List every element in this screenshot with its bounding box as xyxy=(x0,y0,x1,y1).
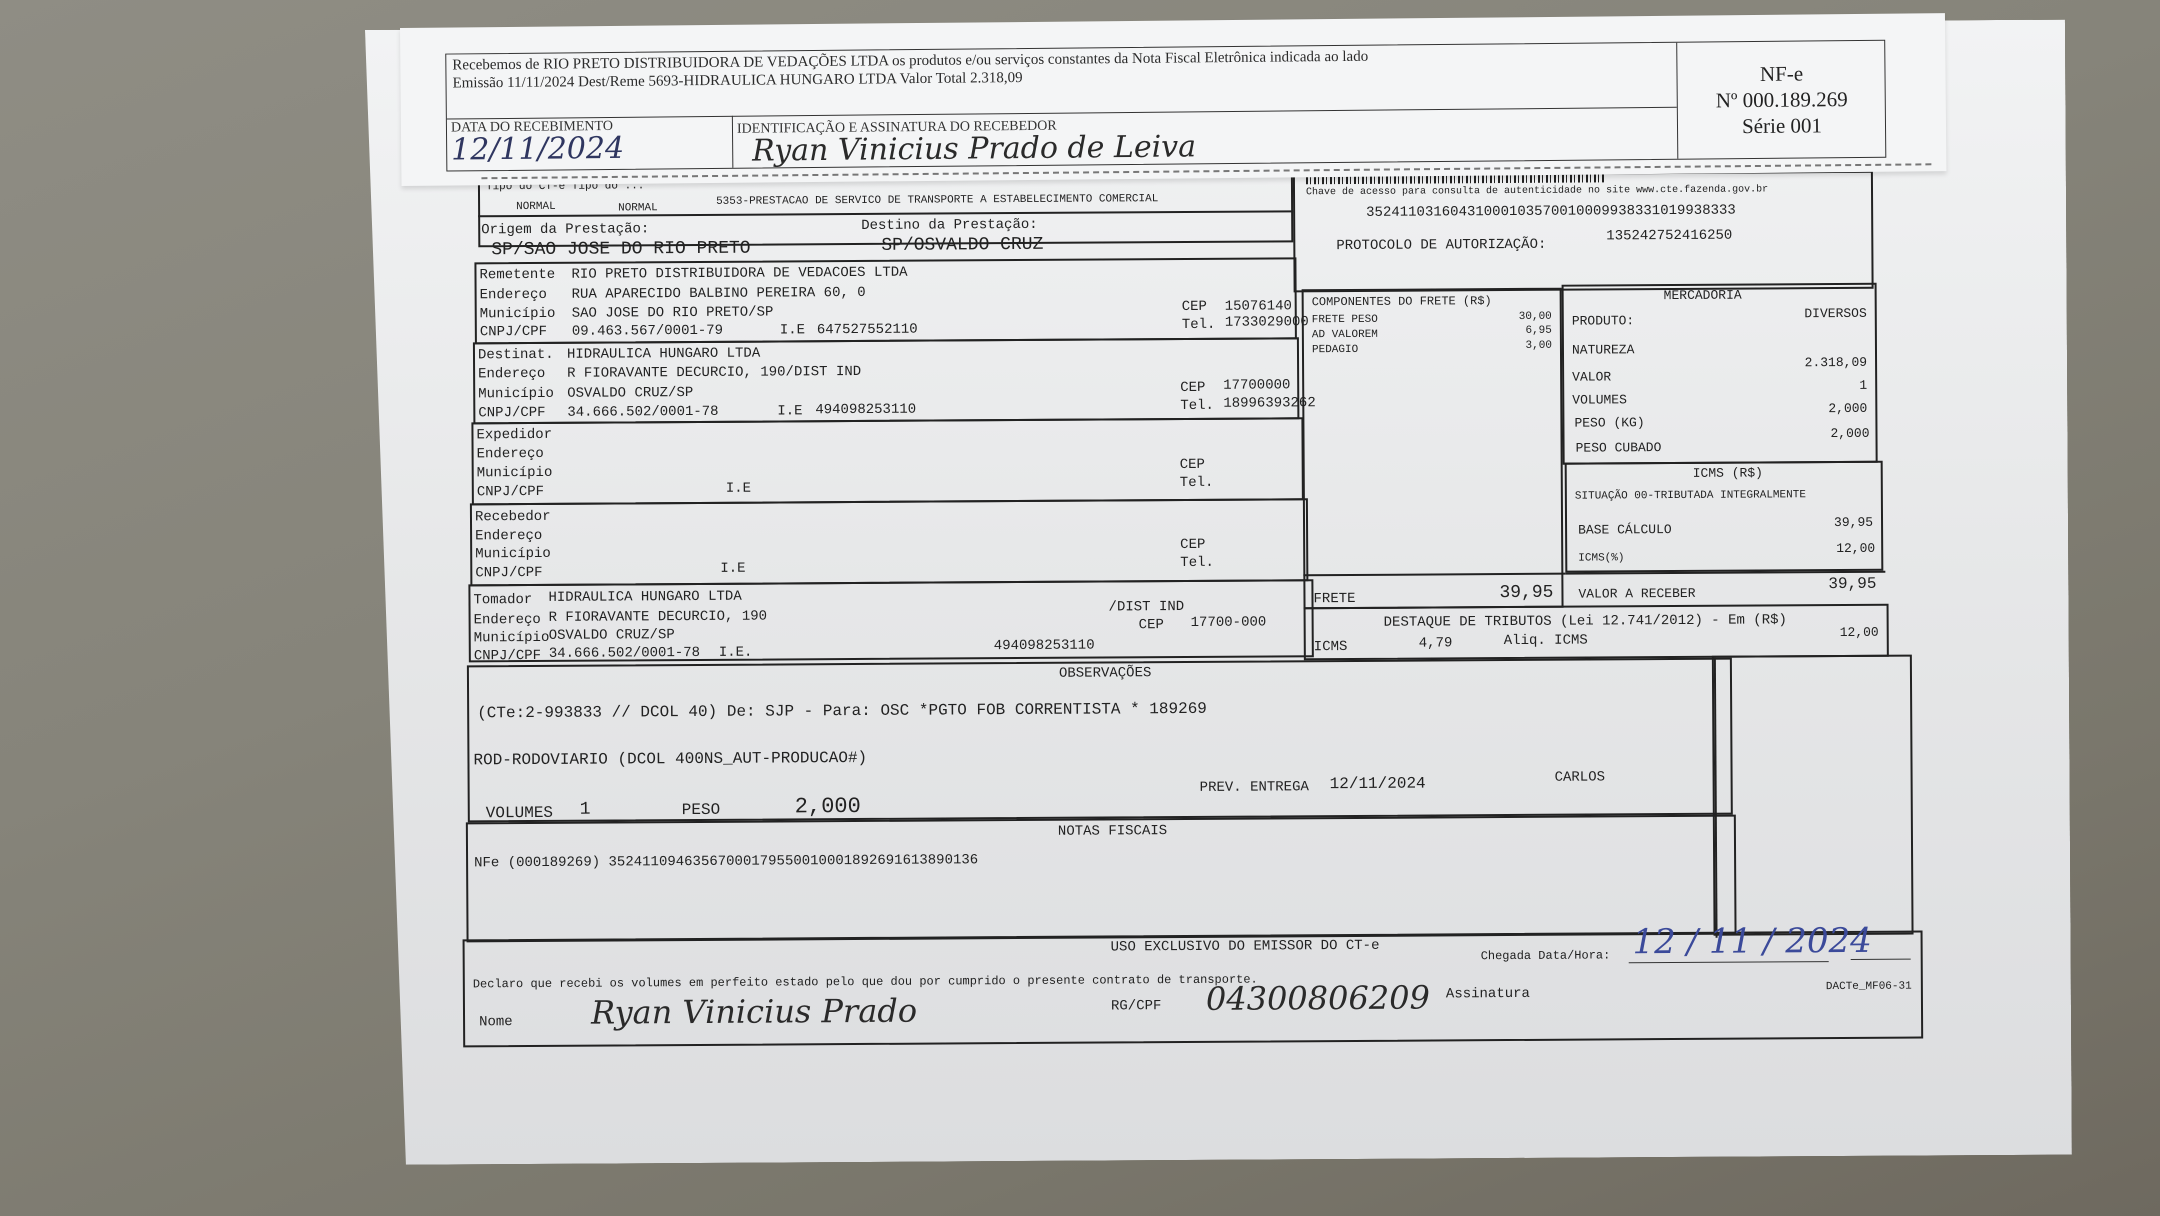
recebedor-ie-label: I.E xyxy=(720,561,745,577)
tomador-cnpj: 34.666.502/0001-78 xyxy=(549,645,700,662)
dacte-form: Tipo do CT-e Tipo do ... NORMAL NORMAL 5… xyxy=(365,20,2072,1165)
componente-value: 30,00 xyxy=(1477,311,1552,323)
chegada-label: Chegada Data/Hora: xyxy=(1481,948,1611,963)
nfe-title: NF-e xyxy=(1760,61,1803,87)
rg-cpf-value: 04300806209 xyxy=(1206,979,1430,1018)
prev-entrega-label: PREV. ENTREGA xyxy=(1200,779,1309,796)
valor-label: VALOR xyxy=(1572,369,1611,384)
remetente-label: Remetente xyxy=(479,267,555,283)
remetente-ie-label: I.E xyxy=(780,322,805,338)
destinatario-cnpj: 34.666.502/0001-78 xyxy=(567,404,718,421)
destinatario-ie: 494098253110 xyxy=(815,402,916,419)
empty-box xyxy=(1712,655,1914,936)
recebedor-cep-label: CEP xyxy=(1180,537,1205,553)
produto-value: DIVERSOS xyxy=(1747,306,1867,322)
componente-value: 6,95 xyxy=(1477,325,1552,337)
volumes-label: VOLUMES xyxy=(486,804,553,822)
peso-value: 2,000 xyxy=(795,794,861,819)
uso-exclusivo-title: USO EXCLUSIVO DO EMISSOR DO CT-e xyxy=(1111,938,1380,956)
origem-value: SP/SAO JOSE DO RIO PRETO xyxy=(491,239,750,261)
prev-entrega-value: 12/11/2024 xyxy=(1330,775,1426,794)
tributos-icms-label: ICMS xyxy=(1314,639,1348,655)
protocolo-value: 135242752416250 xyxy=(1606,228,1732,245)
expedidor-endereco-label: Endereço xyxy=(477,446,544,462)
icms-situacao: SITUAÇÃO 00-TRIBUTADA INTEGRALMENTE xyxy=(1575,489,1806,502)
observacoes-box xyxy=(467,658,1733,823)
mercadoria-title: MERCADORIA xyxy=(1664,288,1742,303)
frete-value: 39,95 xyxy=(1458,583,1553,604)
destino-value: SP/OSVALDO CRUZ xyxy=(881,235,1043,256)
data-recebimento-value: 12/11/2024 xyxy=(451,131,624,168)
destinatario-label: Destinat. xyxy=(478,347,554,363)
componente-label: AD VALOREM xyxy=(1312,329,1378,341)
base-calculo-label: BASE CÁLCULO xyxy=(1578,522,1672,538)
chave-value: 3524110316043100010357001000993833101993… xyxy=(1366,203,1736,221)
volumes-value: 1 xyxy=(1747,378,1867,394)
remetente-cnpj-label: CNPJ/CPF xyxy=(480,324,547,340)
destinatario-municipio-label: Município xyxy=(478,386,554,402)
remetente-municipio: SAO JOSE DO RIO PRETO/SP xyxy=(572,305,774,322)
tributos-aliq-value: 12,00 xyxy=(1789,625,1879,641)
protocolo-label: PROTOCOLO DE AUTORIZAÇÃO: xyxy=(1336,237,1546,254)
valor-value: 2.318,09 xyxy=(1747,355,1867,371)
destinatario-nome: HIDRAULICA HUNGARO LTDA xyxy=(567,346,760,363)
volumes-label: VOLUMES xyxy=(1572,392,1627,407)
tomador-nome: HIDRAULICA HUNGARO LTDA xyxy=(548,589,741,606)
observacoes-title: OBSERVAÇÕES xyxy=(1059,665,1152,682)
destinatario-cep-label: CEP xyxy=(1180,380,1205,396)
remetente-ie: 647527552110 xyxy=(817,322,918,339)
nfe-box: NF-e Nº 000.189.269 Série 001 xyxy=(1678,41,1885,159)
tomador-ie: 494098253110 xyxy=(994,638,1095,655)
conferente: CARLOS xyxy=(1555,769,1606,785)
nota-fiscal-item: NFe (000189269) 352411094635670001795500… xyxy=(474,852,978,871)
tomador-cep-label: CEP xyxy=(1139,617,1164,633)
componente-value: 3,00 xyxy=(1477,340,1552,352)
nfe-serie: Série 001 xyxy=(1742,112,1822,139)
remetente-municipio-label: Município xyxy=(480,306,556,322)
valor-receber-value: 39,95 xyxy=(1768,575,1876,594)
peso-cubado-value: 2,000 xyxy=(1747,426,1869,442)
expedidor-tel-label: Tel. xyxy=(1180,475,1214,491)
icms-aliquota-value: 12,00 xyxy=(1768,541,1875,557)
outer-left-border xyxy=(351,670,356,1095)
expedidor-municipio-label: Município xyxy=(477,465,553,481)
expedidor-ie-label: I.E xyxy=(726,481,751,497)
remetente-cep: 15076140 xyxy=(1225,298,1292,314)
receipt-stub: Recebemos de RIO PRETO DISTRIBUIDORA DE … xyxy=(400,13,1946,186)
nome-value: Ryan Vinicius Prado xyxy=(591,992,917,1032)
remetente-endereco-label: Endereço xyxy=(480,287,547,303)
divider xyxy=(447,107,1677,120)
tomador-municipio: OSVALDO CRUZ/SP xyxy=(549,627,675,644)
remetente-cnpj: 09.463.567/0001-79 xyxy=(572,323,723,340)
frete-label: FRETE xyxy=(1313,591,1355,607)
notas-fiscais-title: NOTAS FISCAIS xyxy=(1058,823,1167,840)
destinatario-endereco: R FIORAVANTE DECURCIO, 190/DIST IND xyxy=(567,364,861,382)
chegada-value: 12 / 11 / 2024 xyxy=(1632,921,1871,962)
base-calculo-value: 39,95 xyxy=(1768,515,1873,531)
tomador-ie-label: I.E. xyxy=(719,645,753,661)
remetente-cep-label: CEP xyxy=(1182,299,1207,315)
peso-label: PESO xyxy=(682,801,721,819)
assinatura-label: Assinatura xyxy=(1446,986,1530,1003)
rg-cpf-label: RG/CPF xyxy=(1111,998,1162,1014)
form-code: DACTe_MF06-31 xyxy=(1826,981,1912,994)
tomador-cnpj-label: CNPJ/CPF xyxy=(474,648,541,664)
tomador-cep: 17700-000 xyxy=(1191,615,1267,631)
tomador-municipio-label: Município xyxy=(474,630,550,646)
tomador-endereco-label: Endereço xyxy=(474,612,541,628)
expedidor-label: Expedidor xyxy=(476,427,552,443)
nome-label: Nome xyxy=(479,1014,513,1030)
tomador-endereco: R FIORAVANTE DECURCIO, 190 xyxy=(549,609,768,626)
icms-aliquota-label: ICMS(%) xyxy=(1578,552,1624,564)
expedidor-cep-label: CEP xyxy=(1180,457,1205,473)
peso-label: PESO (KG) xyxy=(1574,415,1644,430)
destinatario-cep: 17700000 xyxy=(1223,377,1290,393)
tomador-label: Tomador xyxy=(473,592,532,608)
remetente-tel-label: Tel. xyxy=(1182,317,1216,333)
tipo-servico: NORMAL xyxy=(618,202,658,214)
destinatario-cnpj-label: CNPJ/CPF xyxy=(478,405,545,421)
dacte-document: Tipo do CT-e Tipo do ... NORMAL NORMAL 5… xyxy=(365,20,2072,1165)
recebedor-label: Recebedor xyxy=(475,509,551,525)
tributos-icms-value: 4,79 xyxy=(1419,635,1453,651)
tributos-title: DESTAQUE DE TRIBUTOS (Lei 12.741/2012) -… xyxy=(1384,612,1787,630)
tributos-aliq-label: Aliq. ICMS xyxy=(1504,633,1588,650)
icms-title: ICMS (R$) xyxy=(1693,465,1763,480)
recebedor-cnpj-label: CNPJ/CPF xyxy=(475,565,542,581)
destinatario-endereco-label: Endereço xyxy=(478,366,545,382)
origem-label: Origem da Prestação: xyxy=(481,221,649,238)
stub-frame: Recebemos de RIO PRETO DISTRIBUIDORA DE … xyxy=(445,40,1886,172)
recebedor-tel-label: Tel. xyxy=(1180,555,1214,571)
componentes-title: COMPONENTES DO FRETE (R$) xyxy=(1312,294,1492,309)
nfe-number: Nº 000.189.269 xyxy=(1716,86,1848,113)
recebedor-municipio-label: Município xyxy=(475,546,551,562)
tomador-complemento: /DIST IND xyxy=(1108,599,1184,615)
volumes-value: 1 xyxy=(580,800,591,820)
peso-cubado-label: PESO CUBADO xyxy=(1576,440,1662,456)
tipo-cte: NORMAL xyxy=(516,201,556,213)
expedidor-cnpj-label: CNPJ/CPF xyxy=(477,484,544,500)
remetente-nome: RIO PRETO DISTRIBUIDORA DE VEDACOES LTDA xyxy=(571,265,907,283)
destino-label: Destino da Prestação: xyxy=(861,217,1038,234)
observacoes-line2: ROD-RODOVIARIO (DCOL 400NS_AUT-PRODUCAO#… xyxy=(473,749,867,769)
natureza-label: NATUREZA xyxy=(1572,342,1635,357)
destinatario-municipio: OSVALDO CRUZ/SP xyxy=(567,385,693,402)
remetente-tel: 1733029000 xyxy=(1225,314,1309,331)
recebedor-endereco-label: Endereço xyxy=(475,528,542,544)
remetente-endereco: RUA APARECIDO BALBINO PEREIRA 60, 0 xyxy=(572,285,866,303)
destinatario-ie-label: I.E xyxy=(777,403,802,419)
peso-value: 2,000 xyxy=(1747,401,1867,417)
recebedor-assinatura: Ryan Vinicius Prado de Leiva xyxy=(752,129,1196,168)
produto-label: PRODUTO: xyxy=(1572,313,1635,328)
destinatario-tel-label: Tel. xyxy=(1180,398,1214,414)
valor-receber-label: VALOR A RECEBER xyxy=(1578,586,1695,602)
componente-label: FRETE PESO xyxy=(1312,314,1378,326)
divider xyxy=(732,116,733,168)
componente-label: PEDAGIO xyxy=(1312,344,1358,356)
